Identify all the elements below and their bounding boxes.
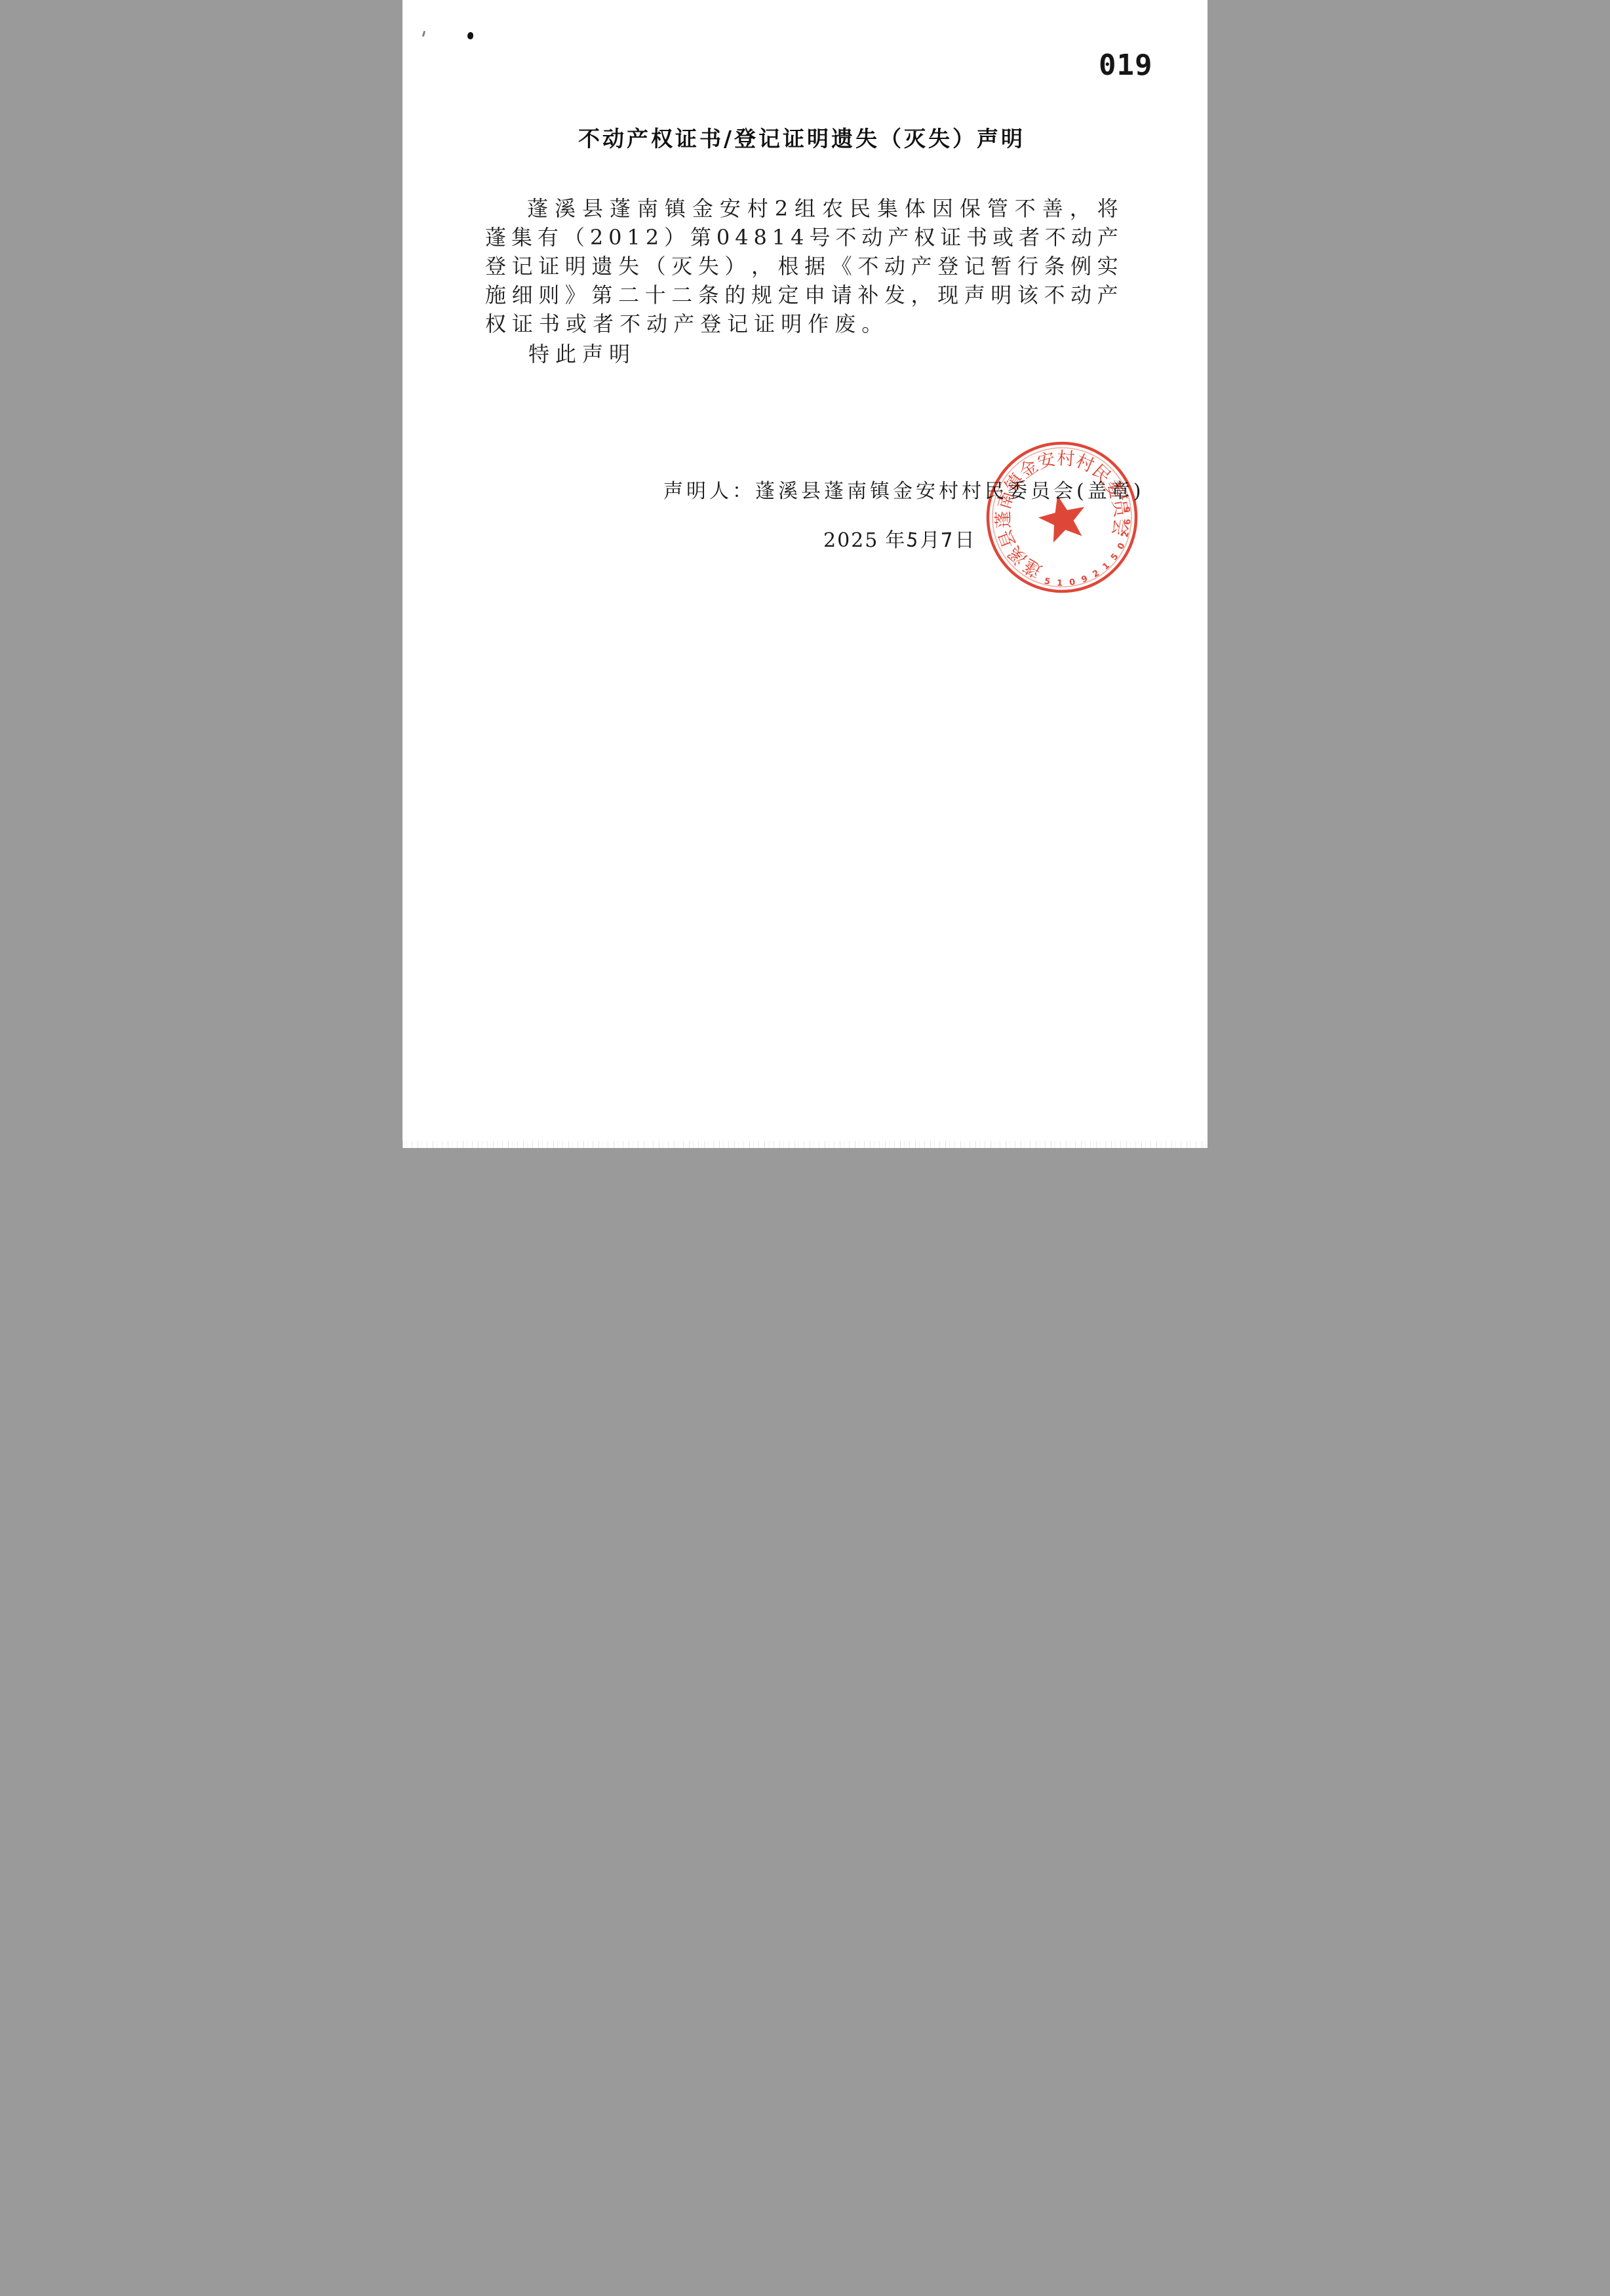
seal-star-icon — [1034, 490, 1091, 544]
body-char: （ — [564, 224, 585, 252]
body-char: 补 — [857, 281, 878, 310]
body-char: 1 — [772, 224, 785, 252]
body-char: 书 — [539, 310, 560, 339]
body-line: 施细则》第二十二条的规定申请补发，现声明该不动产 — [485, 281, 1118, 310]
body-char: 蓬 — [485, 224, 506, 252]
body-char: 条 — [1044, 252, 1065, 281]
body-char: 第 — [591, 281, 612, 310]
body-char: 申 — [804, 281, 825, 310]
body-char: （ — [645, 252, 666, 281]
body-char: 产 — [673, 310, 694, 339]
body-char: 1 — [627, 224, 640, 252]
closing-statement: 特此声明 — [485, 340, 1118, 369]
body-char: 的 — [724, 281, 745, 310]
body-char: 有 — [538, 224, 559, 252]
body-char: 细 — [512, 281, 533, 310]
body-char: 南 — [637, 195, 658, 224]
body-char: 蓬 — [527, 195, 548, 224]
body-char: 不 — [1045, 224, 1066, 252]
date-year-label: 年 — [885, 529, 906, 552]
body-char: 管 — [987, 195, 1008, 224]
body-char: 现 — [937, 281, 958, 310]
body-char: 失 — [618, 252, 639, 281]
seal-serial-digit: 5 — [1122, 505, 1133, 513]
date-day-handwritten: 7 — [941, 528, 956, 552]
body-line: 蓬集有（2012）第04814号不动产权证书或者不动产 — [485, 224, 1118, 252]
body-char: 金 — [692, 195, 713, 224]
ink-speck — [467, 32, 473, 39]
official-seal: 蓬溪县蓬南镇金安村村民委员会5109215026514 — [983, 438, 1141, 597]
body-char: ， — [911, 281, 932, 310]
body-char: 2 — [646, 224, 659, 252]
body-char: 记 — [512, 252, 533, 281]
body-char: 该 — [1017, 281, 1038, 310]
body-char: 二 — [618, 281, 639, 310]
body-char: 声 — [964, 281, 985, 310]
body-char: 暂 — [991, 252, 1011, 281]
body-char: 遗 — [591, 252, 612, 281]
body-char: 组 — [795, 195, 815, 224]
body-char: 二 — [671, 281, 692, 310]
body-char: 根 — [778, 252, 799, 281]
body-char: 农 — [822, 195, 843, 224]
body-char: 或 — [566, 310, 587, 339]
date-day-label: 日 — [955, 529, 976, 552]
body-char: 产 — [1097, 224, 1118, 252]
date-month-handwritten: 5 — [905, 528, 921, 553]
scanned-document-page: 019 不动产权证书/登记证明遗失（灭失）声明 蓬溪县蓬南镇金安村2组农民集体因… — [402, 0, 1207, 1148]
seal-serial-digit: 6 — [1123, 519, 1133, 525]
body-char: 2 — [590, 224, 603, 252]
body-char: 4 — [735, 224, 748, 252]
body-char: ， — [1070, 195, 1091, 224]
body-char: 《 — [831, 252, 852, 281]
body-line: 蓬溪县蓬南镇金安村2组农民集体因保管不善，将 — [485, 195, 1118, 224]
body-char: 动 — [1070, 281, 1091, 310]
body-line: 权证书或者不动产登记证明作废。 — [485, 310, 1118, 339]
body-char: 实 — [1097, 252, 1118, 281]
body-char: 村 — [747, 195, 768, 224]
body-char: 动 — [646, 310, 667, 339]
body-char: 不 — [1015, 195, 1036, 224]
body-char: 4 — [791, 224, 804, 252]
body-char: 记 — [727, 310, 748, 339]
date-month-label: 月 — [920, 529, 941, 552]
seal-serial-digit: 5 — [1109, 552, 1120, 563]
body-char: 体 — [905, 195, 926, 224]
body-char: 蓬 — [610, 195, 631, 224]
body-char: 产 — [1097, 281, 1118, 310]
body-char: 权 — [914, 224, 935, 252]
body-char: 善 — [1042, 195, 1063, 224]
body-char: 保 — [960, 195, 981, 224]
body-char: 集 — [877, 195, 898, 224]
body-char: 因 — [932, 195, 953, 224]
body-char: 0 — [608, 224, 621, 252]
body-char: 发 — [884, 281, 905, 310]
body-char: 8 — [754, 224, 767, 252]
body-char: 施 — [485, 281, 506, 310]
ink-speck — [422, 31, 425, 37]
body-char: 不 — [619, 310, 640, 339]
body-char: ） — [724, 252, 745, 281]
body-char: 证 — [512, 310, 533, 339]
body-char: 证 — [940, 224, 961, 252]
seal-serial-digit: 0 — [1069, 578, 1076, 588]
body-char: 请 — [831, 281, 852, 310]
body-char: 证 — [754, 310, 775, 339]
body-char: 登 — [700, 310, 721, 339]
body-char: 溪 — [555, 195, 576, 224]
body-char: 明 — [781, 310, 802, 339]
document-title: 不动产权证书/登记证明遗失（灭失）声明 — [485, 122, 1118, 153]
body-char: 行 — [1017, 252, 1038, 281]
body-char: 镇 — [665, 195, 686, 224]
body-char: 明 — [991, 281, 1011, 310]
body-char: 》 — [565, 281, 586, 310]
body-char: 记 — [964, 252, 985, 281]
body-char: 者 — [1019, 224, 1040, 252]
page-number: 019 — [1099, 49, 1152, 82]
seal-serial-digit: 0 — [1116, 542, 1127, 551]
seal-ring-char: 村 — [1056, 448, 1075, 470]
body-char: 将 — [1097, 195, 1118, 224]
seal-serial-digit: 2 — [1091, 568, 1101, 580]
body-char: 者 — [593, 310, 614, 339]
body-char: 明 — [565, 252, 586, 281]
body-char: 安 — [720, 195, 741, 224]
body-char: 第 — [690, 224, 711, 252]
body-char: 废 — [834, 310, 855, 339]
body-char: 权 — [485, 310, 506, 339]
body-char: 集 — [511, 224, 532, 252]
scan-noise-strip — [402, 1141, 1207, 1148]
body-char: 产 — [911, 252, 932, 281]
body-char: 动 — [884, 252, 905, 281]
seal-serial-digit: 1 — [1057, 578, 1063, 588]
body-char: 条 — [698, 281, 719, 310]
body-char: 定 — [778, 281, 799, 310]
body-char: 县 — [582, 195, 603, 224]
body-char: 不 — [857, 252, 878, 281]
body-char: 规 — [751, 281, 772, 310]
body-char: 或 — [992, 224, 1013, 252]
body-char: 证 — [538, 252, 559, 281]
body-char: ） — [664, 224, 685, 252]
body-char: 动 — [861, 224, 882, 252]
body-char: 号 — [809, 224, 830, 252]
date-line: 2025年5月7日 — [823, 524, 976, 553]
body-char: 例 — [1070, 252, 1091, 281]
body-char: 失 — [698, 252, 719, 281]
body-char: 。 — [861, 310, 882, 339]
body-char: 作 — [808, 310, 829, 339]
body-char: 登 — [937, 252, 958, 281]
body-char: 不 — [1044, 281, 1065, 310]
body-char: 灭 — [671, 252, 692, 281]
body-line: 登记证明遗失（灭失），根据《不动产登记暂行条例实 — [485, 252, 1118, 281]
body-char: 0 — [717, 224, 730, 252]
body-char: 民 — [850, 195, 871, 224]
date-year: 2025 — [823, 529, 878, 552]
body-char: 2 — [775, 195, 788, 224]
body-char: 动 — [1071, 224, 1092, 252]
seal-serial-digit: 1 — [1101, 561, 1112, 572]
body-char: 不 — [835, 224, 856, 252]
body-char: 书 — [966, 224, 987, 252]
seal-ring-char: 蓬 — [993, 510, 1014, 528]
body-char: 产 — [888, 224, 909, 252]
body-char: 十 — [645, 281, 666, 310]
document-body: 蓬溪县蓬南镇金安村2组农民集体因保管不善，将 蓬集有（2012）第04814号不… — [485, 195, 1118, 369]
body-char: 登 — [485, 252, 506, 281]
body-char: 据 — [804, 252, 825, 281]
body-char: ， — [751, 252, 772, 281]
body-char: 则 — [538, 281, 559, 310]
